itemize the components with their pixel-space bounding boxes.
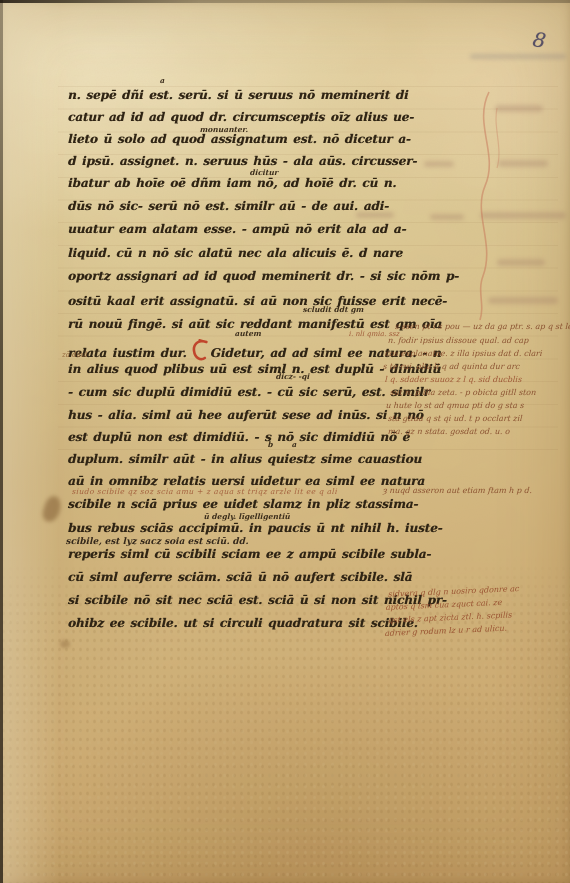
show-through-mark	[498, 160, 548, 167]
main-text-line: catur ad id ad quod dr. circumsceptis oī…	[68, 110, 415, 124]
interlinear-note: ū degly. līgelligentiū	[204, 512, 291, 521]
interlinear-note: b	[268, 440, 274, 449]
small-stain	[60, 640, 70, 648]
right-margin-gloss-line: n. fodir ipsius dissoue qual. ad cap	[388, 336, 529, 345]
main-text-line: liquid. cū n nō sic alatū nec ala alicui…	[68, 246, 403, 260]
main-text-line: oportz assignari ad id quod meminerit dr…	[68, 269, 460, 283]
show-through-mark	[488, 297, 558, 304]
interlinear-note: a	[292, 440, 297, 449]
ink-stain	[40, 494, 63, 524]
right-margin-gloss-line: l q. sdader suuoz z l q. sid ducblis	[385, 375, 523, 384]
manuscript-page: 8 n. sepē dñi est. serū. si ū seruus nō …	[0, 0, 570, 883]
folio-number: 8	[531, 27, 548, 53]
page-edge-top	[0, 0, 570, 3]
show-through-mark	[430, 214, 464, 220]
main-text-line: dūs nō sic- serū nō est. similr aū - de …	[68, 199, 390, 213]
interlinear-note: a	[160, 76, 165, 85]
main-text-line: d ipsū. assignet. n. seruus hūs - ala aū…	[68, 154, 418, 168]
main-text-line: uuatur eam alatam esse. - ampū nō erit a…	[68, 222, 407, 236]
main-text-line: duplum. similr aūt - in alius quiestz si…	[68, 452, 423, 466]
inserted-correction-line: scibile, est lyz sacz soia est sciū. dd.	[66, 537, 249, 547]
main-text-line: hus - alia. siml aū hee auferūt sese ad …	[68, 408, 424, 422]
right-margin-gloss-line: sta gtiua q st qi ud. t p occlart zil	[388, 414, 523, 423]
main-text-line: lieto ū solo ad quod assignatum est. nō …	[68, 132, 411, 146]
main-text-line: est duplū non est dimidiū. - s nō sic di…	[68, 430, 411, 444]
right-margin-gloss-line: ma. qz n stata. gosdat od. u. o	[388, 427, 511, 436]
main-text-line: ositū kaal erit assignatū. si aū non sic…	[68, 294, 448, 308]
show-through-mark	[495, 105, 543, 112]
left-margin-note: zā dāul	[62, 351, 88, 359]
main-text-line: reperis siml cū scibili sciam ee z ampū …	[68, 547, 432, 561]
right-margin-gloss-line: s ssen pt i s pou — uz da ga ptr. s. ap …	[395, 322, 570, 331]
right-margin-gloss-line: u hute lo st ad qmua pti do g sta s	[386, 401, 525, 410]
main-text-line: bus rebus sciās accipimū. in paucis ū nt…	[68, 521, 443, 535]
interlinear-note: autem	[235, 329, 262, 338]
right-margin-gloss-line: sut n. p illa zeta. - p obicta gitll sto…	[390, 388, 537, 397]
interlinear-note: dicz- -qi	[276, 372, 310, 381]
main-text-line: n. sepē dñi est. serū. si ū seruus nō me…	[68, 88, 409, 102]
main-text-line: ohibz ee scibile. ut si circuli quadratu…	[68, 616, 418, 630]
vellum-follicle-texture-2	[0, 600, 570, 883]
main-text-line: cū siml auferre sciām. sciā ū nō aufert …	[68, 570, 413, 584]
show-through-mark	[480, 212, 566, 219]
interlinear-note: scludit ddt gm	[303, 305, 364, 314]
right-margin-gloss-line: cos explanatoe. z illa ipsius dat d. cla…	[385, 349, 543, 358]
right-margin-single-note: ȝ nuqd asseron aut etiam ftam h p d.	[383, 486, 533, 495]
main-text-line: ibatur ab hoīe oē dñm iam nō, ad hoīē dr…	[68, 176, 397, 190]
interlinear-note: monuanter.	[200, 125, 249, 134]
red-offset-squiggle	[443, 88, 515, 328]
show-through-mark	[497, 259, 545, 266]
page-edge-left	[0, 0, 3, 883]
main-text-line: scibile n sciā prius ee uidet slamz in p…	[68, 497, 419, 511]
main-text-line: - cum sic duplū dimidiū est. - cū sic se…	[68, 385, 430, 399]
interlinear-note: dicitur	[250, 168, 279, 177]
show-through-mark	[470, 54, 566, 59]
show-through-mark	[424, 161, 454, 167]
interlinear-gloss-line: siudo scibile qz soz scia amu + z aqua s…	[72, 487, 338, 496]
right-margin-gloss-line: s te rui. alia li q ad quinta dur arc	[383, 362, 521, 371]
main-text-line: aū in omnibz relatis uersi uidetur ea si…	[68, 474, 425, 488]
